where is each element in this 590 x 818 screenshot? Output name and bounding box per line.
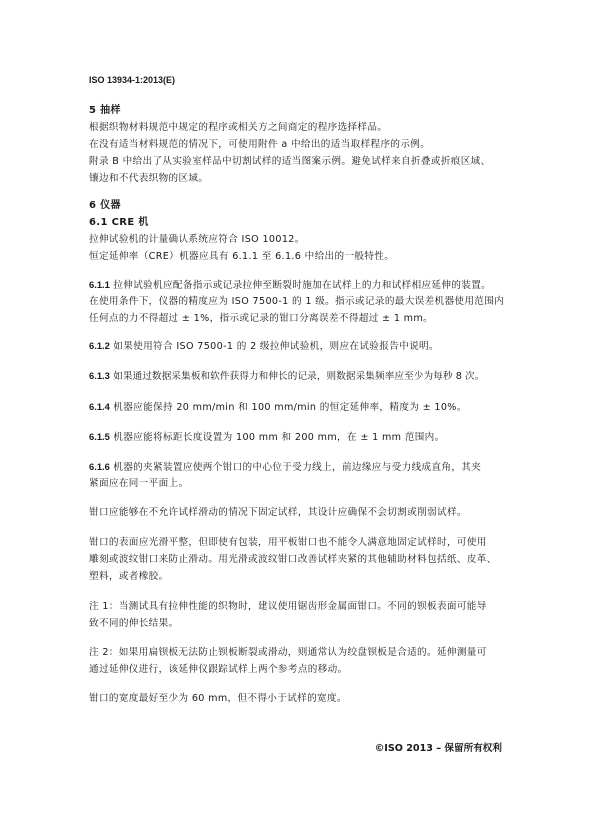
copyright-footer: ©ISO 2013 – 保留所有权利: [375, 740, 502, 754]
clause-text: 机器的夹紧装置应使两个钳口的中心位于受力线上，前边缘应与受力线成直角，其夹: [113, 462, 481, 473]
jaw-surface-line: 塑料，或者橡胶。: [89, 570, 169, 584]
section-5-line: 根据织物材料规范中规定的程序或相关方之间商定的程序选择样品。: [89, 121, 387, 135]
clause-6-1-1: 6.1.1 拉伸试验机应配备指示或记录拉伸至断裂时施加在试样上的力和试样相应延伸…: [89, 278, 491, 293]
clause-line: 任何点的力不得超过 ± 1%，指示或记录的钳口分离误差不得超过 ± 1 mm。: [89, 312, 433, 326]
jaw-surface-line: 雕刻或波纹钳口来防止滑动。用光滑或波纹钳口改善试样夹紧的其他辅助材料包括纸、皮革…: [89, 553, 497, 567]
clause-6-1-3: 6.1.3 如果通过数据采集板和软件获得力和伸长的记录，则数据采集频率应至少为每…: [89, 369, 484, 384]
jaw-width-paragraph: 钳口的宽度最好至少为 60 mm，但不得小于试样的宽度。: [89, 692, 347, 706]
clause-text: 机器应能保持 20 mm/min 和 100 mm/min 的恒定延伸率，精度为…: [113, 402, 466, 413]
clause-text: 拉伸试验机应配备指示或记录拉伸至断裂时施加在试样上的力和试样相应延伸的装置。: [113, 280, 491, 291]
document-page: ISO 13934-1:2013(E) 5 抽样 根据织物材料规范中规定的程序或…: [0, 0, 590, 818]
section-5-line: 镶边和不代表织物的区域。: [89, 172, 208, 186]
clause-number: 6.1.1: [89, 279, 110, 290]
document-id: ISO 13934-1:2013(E): [89, 73, 175, 87]
clause-number: 6.1.6: [89, 461, 110, 472]
section-5-line: 附录 B 中给出了从实验室样品中切割试样的适当图案示例。避免试样来自折叠或折痕区…: [89, 155, 491, 169]
clause-line: 紧面应在同一平面上。: [89, 477, 188, 491]
section-6-1-title: 6.1 CRE 机: [89, 216, 149, 230]
clause-6-1-4: 6.1.4 机器应能保持 20 mm/min 和 100 mm/min 的恒定延…: [89, 400, 467, 415]
clause-line: 在使用条件下，仪器的精度应为 ISO 7500-1 的 1 级。指示或记录的最大…: [89, 295, 504, 309]
clause-number: 6.1.2: [89, 340, 110, 351]
jaw-paragraph: 钳口应能够在不允许试样滑动的情况下固定试样，其设计应确保不会切割或削弱试样。: [89, 506, 467, 520]
jaw-surface-paragraph: 钳口的表面应光滑平整，但即使有包装，用平板钳口也不能令人满意地固定试样时，可使用: [89, 536, 487, 550]
note-1-line: 致不同的伸长结果。: [89, 617, 179, 631]
section-5-title: 5 抽样: [89, 104, 121, 118]
clause-text: 如果通过数据采集板和软件获得力和伸长的记录，则数据采集频率应至少为每秒 8 次。: [113, 371, 484, 382]
note-1: 注 1：当测试具有拉伸性能的织物时，建议使用锯齿形金属面钳口。不同的钡板表面可能…: [89, 600, 487, 614]
section-6-1-line: 拉伸试验机的计量确认系统应符合 ISO 10012。: [89, 233, 305, 247]
clause-6-1-6: 6.1.6 机器的夹紧装置应使两个钳口的中心位于受力线上，前边缘应与受力线成直角…: [89, 460, 481, 475]
section-6-1-line: 恒定延伸率（CRE）机器应具有 6.1.1 至 6.1.6 中给出的一般特性。: [89, 250, 394, 264]
clause-6-1-2: 6.1.2 如果使用符合 ISO 7500-1 的 2 级拉伸试验机，则应在试验…: [89, 339, 439, 354]
note-2: 注 2：如果用扁钡板无法防止钡板断裂或滑动，则通常认为绞盘钡板是合适的。延伸测量…: [89, 646, 487, 660]
clause-6-1-5: 6.1.5 机器应能将标距长度设置为 100 mm 和 200 mm，在 ± 1…: [89, 430, 445, 445]
clause-number: 6.1.5: [89, 431, 110, 442]
section-5-line: 在没有适当材料规范的情况下，可使用附件 a 中给出的适当取样程序的示例。: [89, 138, 430, 152]
clause-number: 6.1.3: [89, 370, 110, 381]
section-6-title: 6 仪器: [89, 199, 121, 213]
clause-text: 机器应能将标距长度设置为 100 mm 和 200 mm，在 ± 1 mm 范围…: [113, 432, 444, 443]
clause-text: 如果使用符合 ISO 7500-1 的 2 级拉伸试验机，则应在试验报告中说明。: [113, 341, 439, 352]
clause-number: 6.1.4: [89, 401, 110, 412]
note-2-line: 通过延伸仪进行，该延伸仪跟踪试样上两个参考点的移动。: [89, 663, 348, 677]
